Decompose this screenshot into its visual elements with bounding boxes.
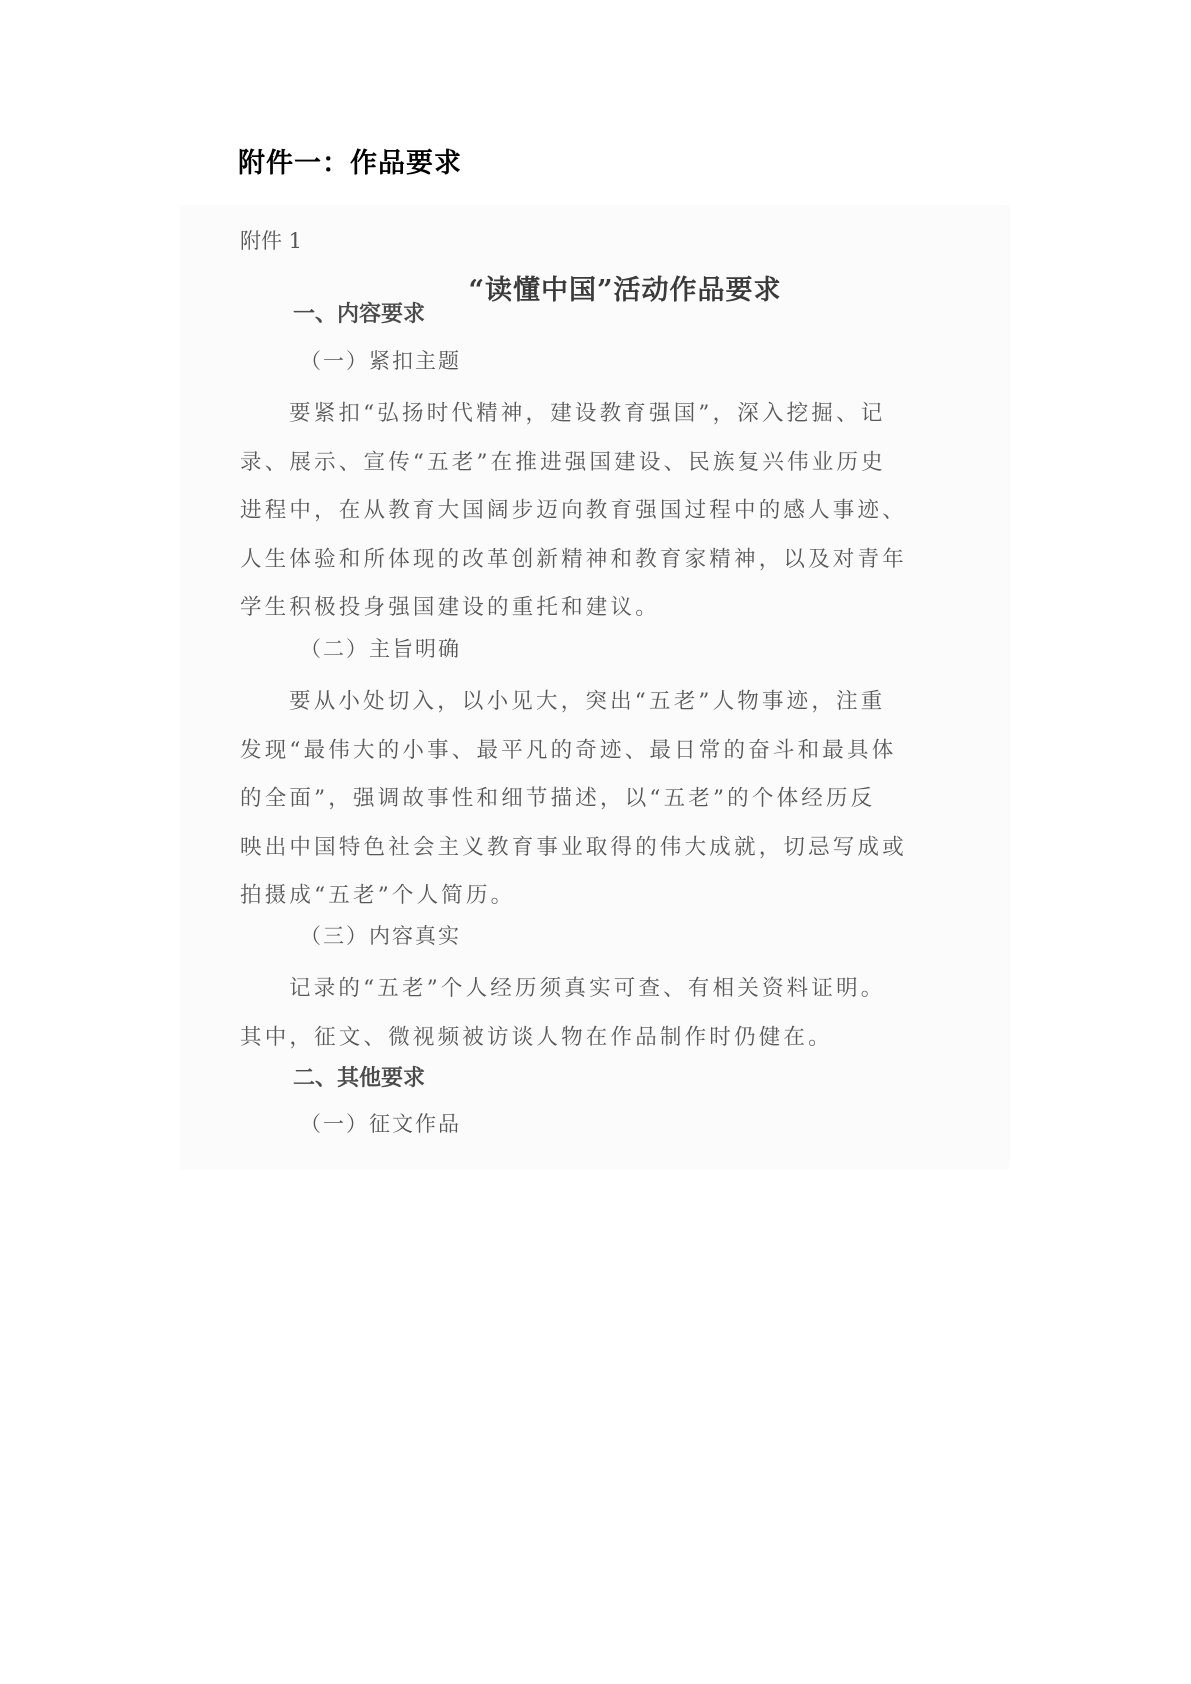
section-2-heading: 二、其他要求 [293,1061,425,1092]
subsection-1-1-heading: （一）紧扣主题 [300,345,461,375]
paragraph-line: 其中，征文、微视频被访谈人物在作品制作时仍健在。 [240,1014,940,1063]
subsection-1-3-heading: （三）内容真实 [300,920,461,950]
paragraph-theme: 要紧扣“弘扬时代精神，建设教育强国”，深入挖掘、记 录、展示、宣传“五老”在推进… [240,390,940,633]
paragraph-line: 记录的“五老”个人经历须真实可查、有相关资料证明。 [240,965,940,1014]
paragraph-line: 发现“最伟大的小事、最平凡的奇迹、最日常的奋斗和最具体 [240,727,940,776]
paragraph-line: 要从小处切入，以小见大，突出“五老”人物事迹，注重 [240,678,940,727]
subsection-1-2-heading: （二）主旨明确 [300,633,461,663]
subsection-2-1-heading: （一）征文作品 [300,1108,461,1138]
paragraph-line: 进程中，在从教育大国阔步迈向教育强国过程中的感人事迹、 [240,487,940,536]
annex-label: 附件 1 [240,225,302,255]
paragraph-authenticity: 记录的“五老”个人经历须真实可查、有相关资料证明。 其中，征文、微视频被访谈人物… [240,965,940,1062]
paragraph-line: 录、展示、宣传“五老”在推进强国建设、民族复兴伟业历史 [240,439,940,488]
paragraph-line: 人生体验和所体现的改革创新精神和教育家精神，以及对青年 [240,536,940,585]
paragraph-line: 学生积极投身强国建设的重托和建议。 [240,584,940,633]
scanned-document-image: 附件 1 “读懂中国”活动作品要求 一、内容要求 （一）紧扣主题 要紧扣“弘扬时… [180,205,1010,1170]
paragraph-line: 要紧扣“弘扬时代精神，建设教育强国”，深入挖掘、记 [240,390,940,439]
page-heading: 附件一：作品要求 [238,150,462,177]
paragraph-line: 拍摄成“五老”个人简历。 [240,872,940,921]
paragraph-line: 的全面”，强调故事性和细节描述，以“五老”的个体经历反 [240,775,940,824]
paragraph-line: 映出中国特色社会主义教育事业取得的伟大成就，切忌写成或 [240,824,940,873]
paragraph-purpose: 要从小处切入，以小见大，突出“五老”人物事迹，注重 发现“最伟大的小事、最平凡的… [240,678,940,921]
section-1-heading: 一、内容要求 [293,297,425,328]
